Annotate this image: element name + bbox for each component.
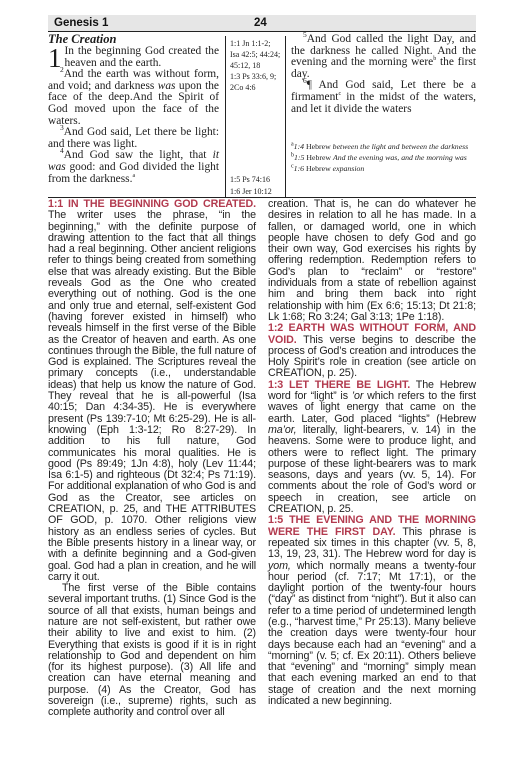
verse-2: 2And the earth was without form, and voi… xyxy=(48,69,219,127)
page-number: 24 xyxy=(254,15,267,31)
study-notes-right: creation. That is, he can do whatever he… xyxy=(268,199,476,707)
study-note-1-1: 1:1 IN THE BEGINNING GOD CREATED. The wr… xyxy=(48,199,256,583)
study-note-1-2: 1:2 EARTH WAS WITHOUT FORM, AND VOID. Th… xyxy=(268,323,476,379)
cross-reference[interactable]: 2Co 4:6 xyxy=(230,82,282,93)
cross-references-bottom: 1:5 Ps 74:16 1:6 Jer 10:12 xyxy=(230,174,282,197)
scripture-column-right: 5And God called the light Day, and the d… xyxy=(291,34,476,115)
footnotes: a1:4 Hebrew between the light and betwee… xyxy=(291,141,476,174)
verse-4: 4And God saw the light, that it was good… xyxy=(48,150,219,185)
footnote-mark[interactable]: a xyxy=(132,173,135,179)
study-note-1-5: 1:5 THE EVENING AND THE MORNING WERE THE… xyxy=(268,515,476,707)
cross-references-top: 1:1 Jn 1:1-2; Isa 42:5; 44:24; 45:12, 18… xyxy=(230,38,282,93)
footnote-a: a1:4 Hebrew between the light and betwee… xyxy=(291,141,476,152)
chapter-number: 1 xyxy=(48,47,62,69)
cross-reference[interactable]: 1:1 Jn 1:1-2; xyxy=(230,38,282,49)
study-note-paragraph: The first verse of the Bible contains se… xyxy=(48,583,256,719)
running-header: Genesis 1 24 xyxy=(48,15,476,32)
study-note-paragraph: creation. That is, he can do whatever he… xyxy=(268,199,476,323)
note-heading: 1:1 IN THE BEGINNING GOD CREATED. xyxy=(48,198,256,210)
book-chapter-title: Genesis 1 xyxy=(54,15,108,31)
column-divider xyxy=(225,36,226,197)
scripture-section: The Creation 1In the beginning God creat… xyxy=(48,32,476,198)
cross-reference[interactable]: 1:6 Jer 10:12 xyxy=(230,186,282,198)
cross-reference[interactable]: 45:12, 18 xyxy=(230,60,282,71)
footnote-b: b1:5 Hebrew And the evening was, and the… xyxy=(291,152,476,163)
note-heading: 1:3 LET THERE BE LIGHT. xyxy=(268,379,410,391)
cross-reference[interactable]: 1:5 Ps 74:16 xyxy=(230,174,282,186)
verse-6: 6¶ And God said, Let there be a firmamen… xyxy=(291,80,476,115)
bible-page: Genesis 1 24 The Creation 1In the beginn… xyxy=(48,15,476,198)
column-divider xyxy=(285,36,286,197)
verse-3: 3And God said, Let there be light: and t… xyxy=(48,127,219,150)
verse-5: 5And God called the light Day, and the d… xyxy=(291,34,476,80)
cross-reference[interactable]: 1:3 Ps 33:6, 9; xyxy=(230,71,282,82)
study-notes-left: 1:1 IN THE BEGINNING GOD CREATED. The wr… xyxy=(48,199,256,719)
footnote-c: c1:6 Hebrew expansion xyxy=(291,163,476,174)
study-note-1-3: 1:3 LET THERE BE LIGHT. The Hebrew word … xyxy=(268,380,476,516)
verse-1: 1In the beginning God created the heaven… xyxy=(48,46,219,69)
verse-text: In the beginning God created the heaven … xyxy=(65,45,220,69)
cross-reference[interactable]: Isa 42:5; 44:24; xyxy=(230,49,282,60)
scripture-column-left: The Creation 1In the beginning God creat… xyxy=(48,32,219,185)
